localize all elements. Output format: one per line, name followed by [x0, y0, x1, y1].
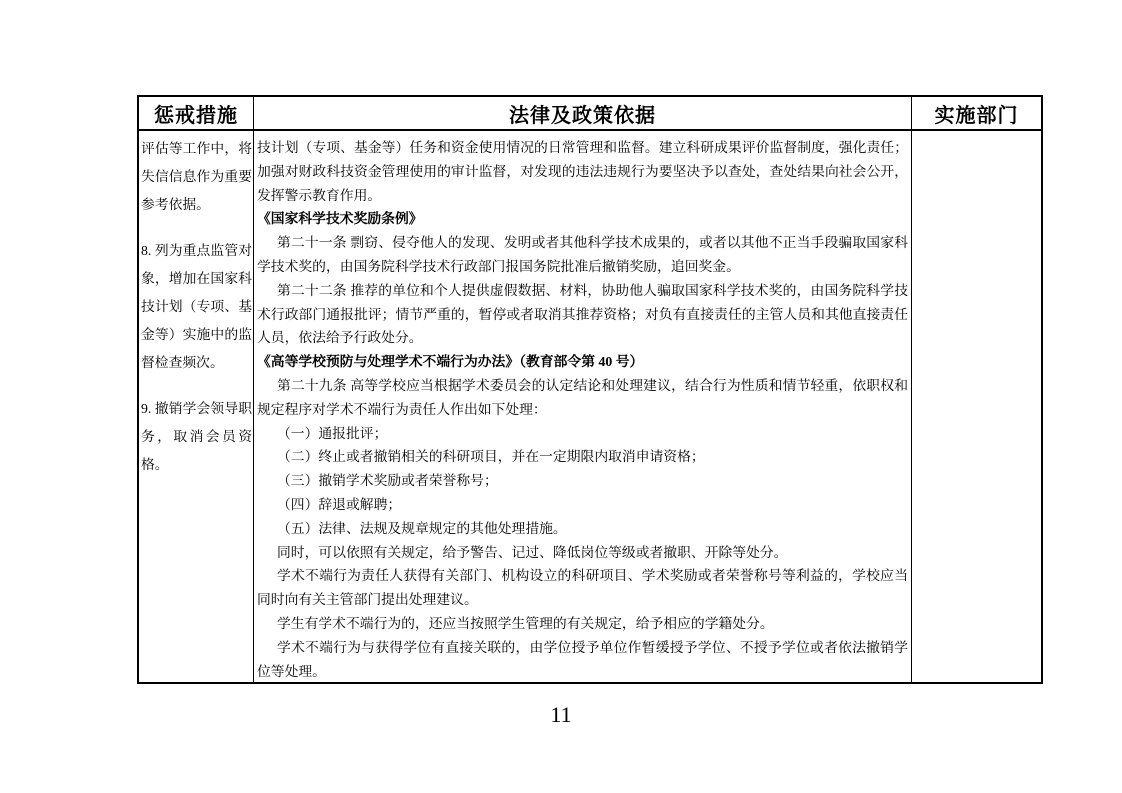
- list-item-2: （二）终止或者撤销相关的科研项目，并在一定期限内取消申请资格；: [257, 445, 908, 469]
- regulations-table: 惩戒措施 法律及政策依据 实施部门 评估等工作中，将失信信息作为重要参考依据。8…: [137, 95, 1043, 684]
- cell-implementing-department: [912, 131, 1041, 682]
- table-header-row: 惩戒措施 法律及政策依据 实施部门: [139, 97, 1041, 131]
- table-body-row: 评估等工作中，将失信信息作为重要参考依据。8. 列为重点监管对象，增加在国家科技…: [139, 131, 1041, 682]
- header-label-punishment-measures: 惩戒措施: [154, 99, 238, 128]
- article-29-paragraph-5: 学术不端行为与获得学位有直接关联的，由学位授予单位作暂缓授予学位、不授予学位或者…: [257, 636, 908, 682]
- punishment-item-9: 9. 撤销学会领导职务，取消会员资格。: [141, 395, 252, 479]
- header-cell-implementing-department: 实施部门: [912, 97, 1041, 129]
- article-21-paragraph: 第二十一条 剽窃、侵夺他人的发现、发明或者其他科学技术成果的，或者以其他不正当手…: [257, 231, 908, 279]
- legal-continuation-paragraph: 技计划（专项、基金等）任务和资金使用情况的日常管理和监督。建立科研成果评价监督制…: [257, 136, 908, 207]
- punishment-item-8: 8. 列为重点监管对象，增加在国家科技计划（专项、基金等）实施中的监督检查频次。: [141, 237, 252, 377]
- header-label-legal-policy-basis: 法律及政策依据: [509, 99, 656, 128]
- list-item-4: （四）辞退或解聘；: [257, 493, 908, 517]
- list-item-3: （三）撤销学术奖励或者荣誉称号；: [257, 469, 908, 493]
- article-29-paragraph-2: 同时，可以依照有关规定，给予警告、记过、降低岗位等级或者撤职、开除等处分。: [257, 541, 908, 565]
- article-29-paragraph: 第二十九条 高等学校应当根据学术委员会的认定结论和处理建议，结合行为性质和情节轻…: [257, 374, 908, 422]
- header-cell-punishment-measures: 惩戒措施: [139, 97, 254, 129]
- law-title: 《国家科学技术奖励条例》: [257, 207, 908, 231]
- article-29-paragraph-3: 学术不端行为责任人获得有关部门、机构设立的科研项目、学术奖励或者荣誉称号等利益的…: [257, 564, 908, 612]
- page-number: 11: [0, 702, 1122, 728]
- article-29-paragraph-4: 学生有学术不端行为的，还应当按照学生管理的有关规定，给予相应的学籍处分。: [257, 612, 908, 636]
- document-page: 惩戒措施 法律及政策依据 实施部门 评估等工作中，将失信信息作为重要参考依据。8…: [0, 0, 1122, 793]
- article-22-paragraph: 第二十二条 推荐的单位和个人提供虚假数据、材料，协助他人骗取国家科学技术奖的，由…: [257, 279, 908, 350]
- header-cell-legal-policy-basis: 法律及政策依据: [254, 97, 912, 129]
- header-label-implementing-department: 实施部门: [935, 99, 1019, 128]
- law-title: 《高等学校预防与处理学术不端行为办法》（教育部令第 40 号）: [257, 350, 908, 374]
- list-item-1: （一）通报批评；: [257, 422, 908, 446]
- punishment-continuation-paragraph: 评估等工作中，将失信信息作为重要参考依据。: [141, 135, 252, 219]
- cell-punishment-measures: 评估等工作中，将失信信息作为重要参考依据。8. 列为重点监管对象，增加在国家科技…: [139, 131, 254, 682]
- cell-legal-policy-basis: 技计划（专项、基金等）任务和资金使用情况的日常管理和监督。建立科研成果评价监督制…: [254, 131, 912, 682]
- list-item-5: （五）法律、法规及规章规定的其他处理措施。: [257, 517, 908, 541]
